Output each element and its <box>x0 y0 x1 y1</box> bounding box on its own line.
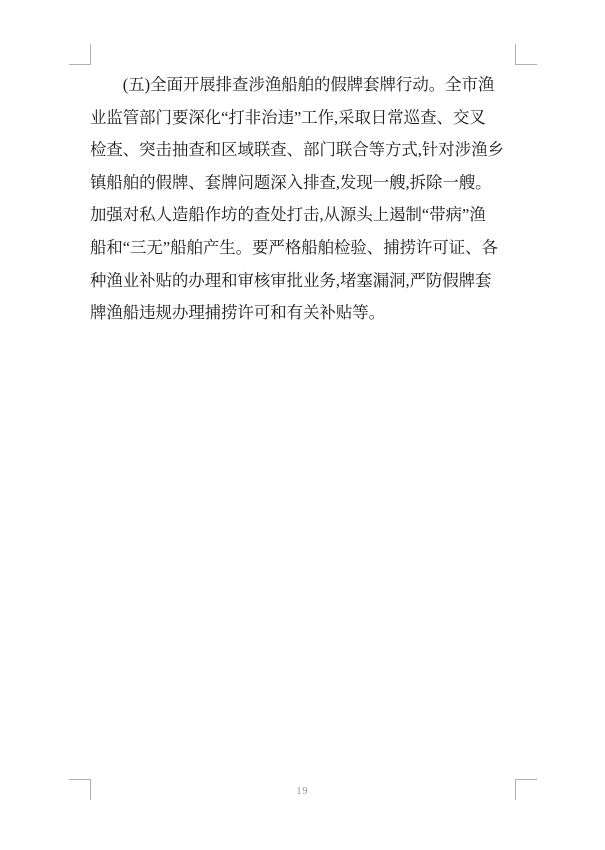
text-line: 加强对私人造船作坊的查处打击,从源头上遏制“带病”渔 <box>90 199 535 232</box>
text-line: 业监管部门要深化“打非治违”工作,采取日常巡查、交叉 <box>90 102 535 135</box>
body-paragraph: (五)全面开展排查涉渔船舶的假牌套牌行动。全市渔 业监管部门要深化“打非治违”工… <box>90 69 535 330</box>
text-line: (五)全面开展排查涉渔船舶的假牌套牌行动。全市渔 <box>90 69 535 102</box>
text-line: 检查、突击抽查和区域联查、部门联合等方式,针对涉渔乡 <box>90 134 535 167</box>
text-line: 牌渔船违规办理捕捞许可和有关补贴等。 <box>90 297 535 330</box>
crop-mark-top-left <box>69 44 91 65</box>
document-page: (五)全面开展排查涉渔船舶的假牌套牌行动。全市渔 业监管部门要深化“打非治违”工… <box>0 0 605 850</box>
text-line: 镇船舶的假牌、套牌问题深入排查,发现一艘,拆除一艘。 <box>90 167 535 200</box>
text-line: 船和“三无”船舶产生。要严格船舶检验、捕捞许可证、各 <box>90 232 535 265</box>
text-line: 种渔业补贴的办理和审核审批业务,堵塞漏洞,严防假牌套 <box>90 265 535 298</box>
page-number: 19 <box>0 786 605 797</box>
crop-mark-top-right <box>515 44 537 65</box>
